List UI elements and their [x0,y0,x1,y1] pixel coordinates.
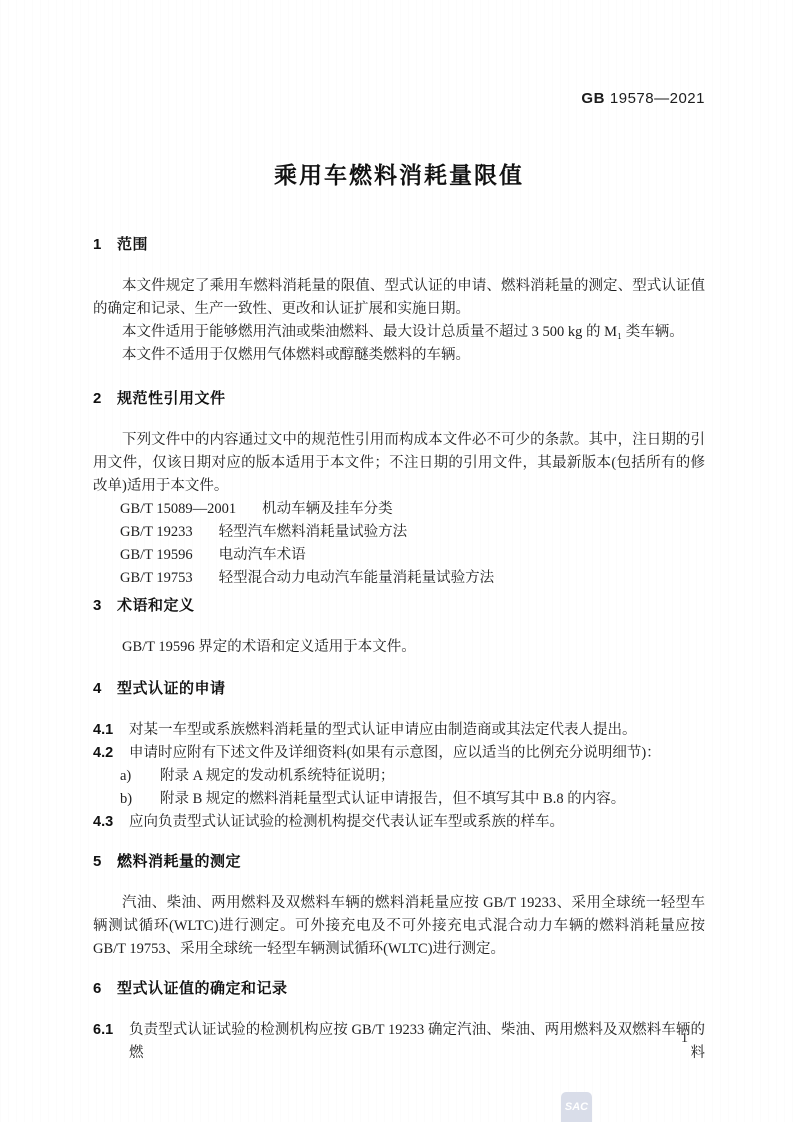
clause-text: 应向负责型式认证试验的检测机构提交代表认证车型或系族的样车。 [129,811,705,834]
section-4-number: 4 [93,679,117,699]
section-3-heading: 3术语和定义 [93,596,705,616]
clause: 4.1对某一车型或系族燃料消耗量的型式认证申请应由制造商或其法定代表人提出。 [93,719,705,742]
standard-digits: 19578—2021 [610,90,705,107]
standard-number: GB19578—2021 [93,90,705,107]
reference-item: GB/T 19233轻型汽车燃料消耗量试验方法 [93,521,705,544]
section-6-heading: 6型式认证值的确定和记录 [93,979,705,999]
list-item: b)附录 B 规定的燃料消耗量型式认证申请报告，但不填写其中 B.8 的内容。 [93,788,705,811]
section-type-approval-application: 4型式认证的申请 4.1对某一车型或系族燃料消耗量的型式认证申请应由制造商或其法… [93,679,705,834]
section-2-title: 规范性引用文件 [117,390,226,407]
paragraph: 下列文件中的内容通过文中的规范性引用而构成本文件必不可少的条款。其中，注日期的引… [93,429,705,498]
section-4-title: 型式认证的申请 [117,680,226,697]
section-6-title: 型式认证值的确定和记录 [117,980,288,997]
section-5-heading: 5燃料消耗量的测定 [93,852,705,872]
clause-number: 4.3 [93,811,129,834]
section-3-title: 术语和定义 [117,597,195,614]
sac-watermark-text: SAC [565,1101,588,1113]
paragraph: GB/T 19596 界定的术语和定义适用于本文件。 [93,636,705,659]
section-1-heading: 1范围 [93,235,705,255]
standard-prefix: GB [581,90,605,107]
clause-text: 对某一车型或系族燃料消耗量的型式认证申请应由制造商或其法定代表人提出。 [129,719,705,742]
paragraph: 本文件不适用于仅燃用气体燃料或醇醚类燃料的车辆。 [93,344,705,367]
reference-item: GB/T 15089—2001机动车辆及挂车分类 [93,498,705,521]
reference-item: GB/T 19753轻型混合动力电动汽车能量消耗量试验方法 [93,567,705,590]
paragraph: 汽油、柴油、两用燃料及双燃料车辆的燃料消耗量应按 GB/T 19233、采用全球… [93,892,705,961]
reference-code: GB/T 19596 [120,547,193,563]
section-6-number: 6 [93,979,117,999]
list-item-text: 附录 B 规定的燃料消耗量型式认证申请报告，但不填写其中 B.8 的内容。 [160,788,625,811]
section-terms-definitions: 3术语和定义 GB/T 19596 界定的术语和定义适用于本文件。 [93,596,705,659]
sac-watermark-logo: SAC [561,1092,592,1122]
reference-title: 轻型汽车燃料消耗量试验方法 [219,524,408,540]
clause-number: 4.1 [93,719,129,742]
clause-text: 负责型式认证试验的检测机构应按 GB/T 19233 确定汽油、柴油、两用燃料及… [129,1019,705,1065]
section-2-heading: 2规范性引用文件 [93,389,705,409]
section-5-number: 5 [93,852,117,872]
reference-code: GB/T 19753 [120,570,193,586]
clause: 4.3应向负责型式认证试验的检测机构提交代表认证车型或系族的样车。 [93,811,705,834]
reference-title: 电动汽车术语 [219,547,306,563]
reference-title: 轻型混合动力电动汽车能量消耗量试验方法 [219,570,495,586]
reference-code: GB/T 15089—2001 [120,501,236,517]
reference-code: GB/T 19233 [120,524,193,540]
page-title: 乘用车燃料消耗量限值 [93,161,705,189]
section-3-number: 3 [93,596,117,616]
paragraph: 本文件适用于能够燃用汽油或柴油燃料、最大设计总质量不超过 3 500 kg 的 … [93,321,705,344]
reference-title: 机动车辆及挂车分类 [262,501,393,517]
list-item-label: a) [120,765,160,788]
document-page: GB19578—2021 乘用车燃料消耗量限值 1范围 本文件规定了乘用车燃料消… [0,0,793,1122]
clause-text: 申请时应附有下述文件及详细资料(如果有示意图，应以适当的比例充分说明细节)： [129,742,705,765]
page-content: GB19578—2021 乘用车燃料消耗量限值 1范围 本文件规定了乘用车燃料消… [93,0,705,1065]
section-5-title: 燃料消耗量的测定 [117,853,241,870]
page-number: 1 [681,1031,688,1047]
section-scope: 1范围 本文件规定了乘用车燃料消耗量的限值、型式认证的申请、燃料消耗量的测定、型… [93,235,705,367]
paragraph: 本文件规定了乘用车燃料消耗量的限值、型式认证的申请、燃料消耗量的测定、型式认证值… [93,275,705,321]
section-fuel-consumption-measurement: 5燃料消耗量的测定 汽油、柴油、两用燃料及双燃料车辆的燃料消耗量应按 GB/T … [93,852,705,961]
list-item: a)附录 A 规定的发动机系统特征说明； [93,765,705,788]
clause: 6.1负责型式认证试验的检测机构应按 GB/T 19233 确定汽油、柴油、两用… [93,1019,705,1065]
clause: 4.2申请时应附有下述文件及详细资料(如果有示意图，应以适当的比例充分说明细节)… [93,742,705,765]
list-item-label: b) [120,788,160,811]
section-normative-references: 2规范性引用文件 下列文件中的内容通过文中的规范性引用而构成本文件必不可少的条款… [93,389,705,590]
section-1-title: 范围 [117,236,148,253]
section-2-number: 2 [93,389,117,409]
section-type-approval-value: 6型式认证值的确定和记录 6.1负责型式认证试验的检测机构应按 GB/T 192… [93,979,705,1065]
list-item-text: 附录 A 规定的发动机系统特征说明； [160,765,394,788]
section-4-heading: 4型式认证的申请 [93,679,705,699]
reference-item: GB/T 19596电动汽车术语 [93,544,705,567]
section-1-number: 1 [93,235,117,255]
clause-number: 6.1 [93,1019,129,1065]
clause-number: 4.2 [93,742,129,765]
